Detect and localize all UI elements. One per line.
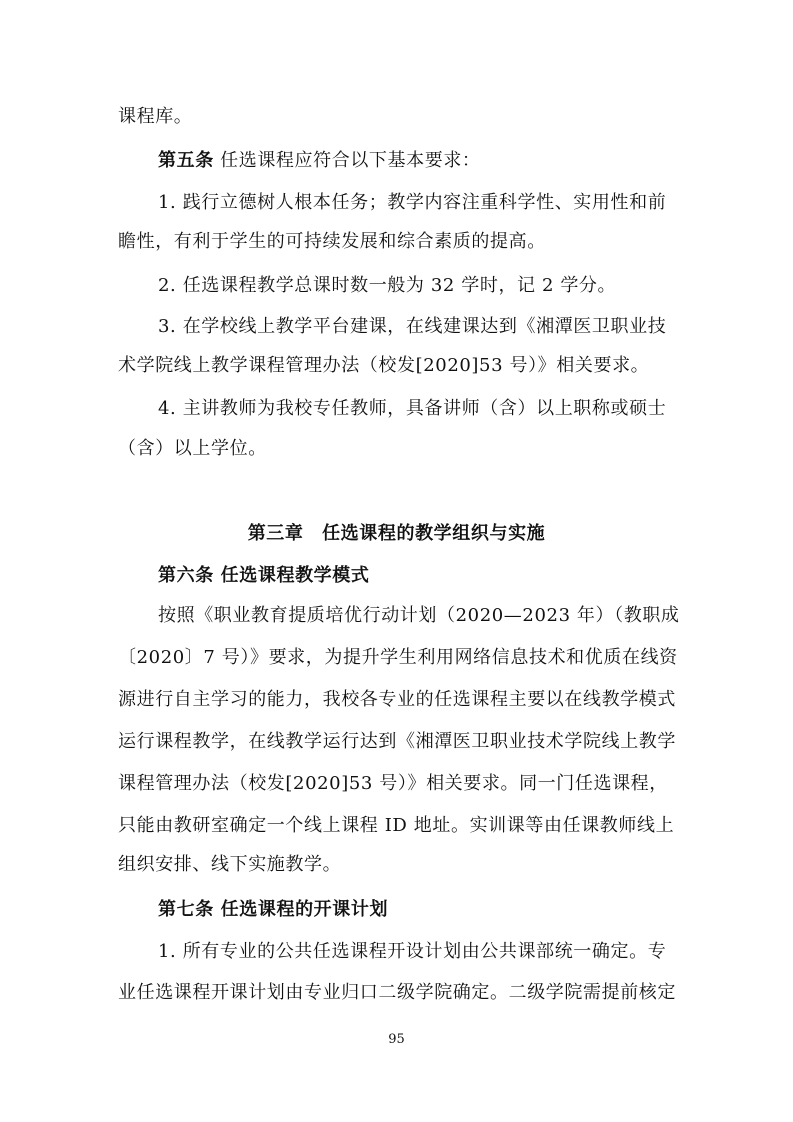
paragraph-line: 瞻性，有利于学生的可持续发展和综合素质的提高。 <box>118 231 546 253</box>
page-number: 95 <box>0 1032 793 1047</box>
paragraph-line: 运行课程教学，在线教学运行达到《湘潭医卫职业技术学院线上教学 <box>118 731 676 753</box>
paragraph-line: 源进行自主学习的能力，我校各专业的任选课程主要以在线教学模式 <box>118 689 676 711</box>
paragraph-line: 按照《职业教育提质培优行动计划（2020—2023 年）（教职成 <box>158 605 680 627</box>
article-5-heading: 第五条 任选课程应符合以下基本要求： <box>158 150 481 172</box>
paragraph-line: 术学院线上教学课程管理办法（校发[2020]53 号）》相关要求。 <box>118 355 649 377</box>
paragraph-line: 1. 所有专业的公共任选课程开设计划由公共课部统一确定。专 <box>158 941 666 963</box>
paragraph-line: 只能由教研室确定一个线上课程 ID 地址。实训课等由任课教师线上 <box>118 815 674 837</box>
paragraph-line: 3. 在学校线上教学平台建课，在线建课达到《湘潭医卫职业技 <box>158 316 666 338</box>
paragraph-line: 业任选课程开课计划由专业归口二级学院确定。二级学院需提前核定 <box>118 982 676 1004</box>
paragraph-line: 4. 主讲教师为我校专任教师，具备讲师（含）以上职称或硕士 <box>158 398 666 420</box>
article-text: 任选课程应符合以下基本要求： <box>214 150 481 171</box>
paragraph-line: 课程库。 <box>118 106 192 128</box>
paragraph-line: 1. 践行立德树人根本任务；教学内容注重科学性、实用性和前 <box>158 192 666 214</box>
paragraph-line: 课程管理办法（校发[2020]53 号）》相关要求。同一门任选课程， <box>118 773 668 795</box>
paragraph-line: 〔2020〕7 号）》要求，为提升学生利用网络信息技术和优质在线资 <box>118 647 678 669</box>
paragraph-line: （含）以上学位。 <box>118 438 267 460</box>
paragraph-line: 2. 任选课程教学总课时数一般为 32 学时，记 2 学分。 <box>158 275 616 297</box>
article-6-heading: 第六条 任选课程教学模式 <box>158 565 369 587</box>
chapter-heading: 第三章 任选课程的教学组织与实施 <box>0 523 793 545</box>
paragraph-line: 组织安排、线下实施教学。 <box>118 854 341 876</box>
article-label: 第五条 <box>158 150 214 171</box>
article-7-heading: 第七条 任选课程的开课计划 <box>158 899 388 921</box>
